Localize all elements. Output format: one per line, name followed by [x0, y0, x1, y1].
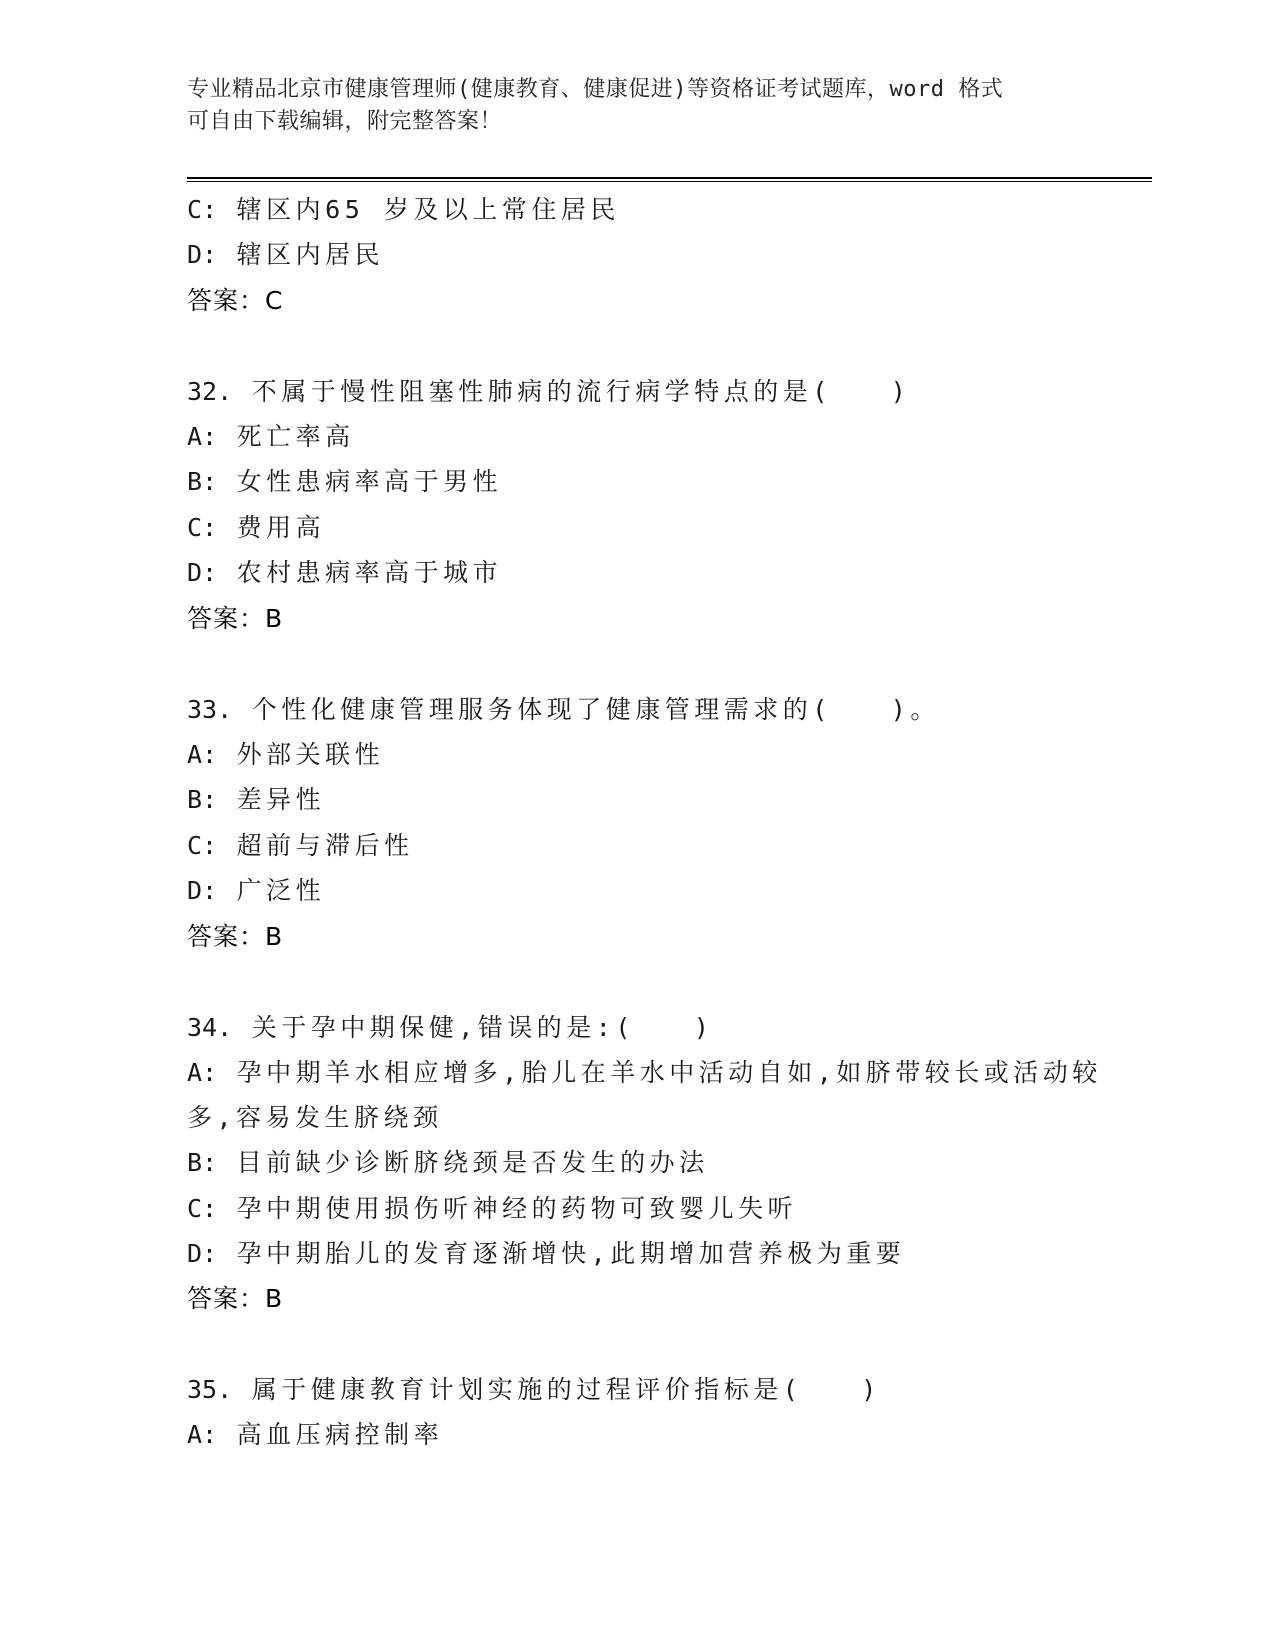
header-line-2: 可自由下载编辑，附完整答案！ — [187, 106, 1087, 138]
option-c: C: 超前与滞后性 — [187, 830, 414, 862]
option-b: B: 差异性 — [187, 784, 325, 816]
document-page: 专业精品北京市健康管理师(健康教育、健康促进)等资格证考试题库，word 格式 … — [0, 0, 1275, 1650]
answer: 答案：B — [187, 921, 283, 953]
question-stem: 34. 关于孕中期保健,错误的是:( ) — [187, 1012, 713, 1044]
question-stem: 32. 不属于慢性阻塞性肺病的流行病学特点的是( ) — [187, 376, 910, 408]
header-rule-thick — [187, 177, 1152, 179]
option-d: D: 辖区内居民 — [187, 239, 384, 271]
option-a: A: 死亡率高 — [187, 421, 355, 453]
option-d: D: 农村患病率高于城市 — [187, 557, 502, 589]
answer: 答案：B — [187, 1283, 283, 1315]
option-c: C: 孕中期使用损伤听神经的药物可致婴儿失听 — [187, 1193, 797, 1225]
option-text: 辖区内65 岁及以上常住居民 — [237, 195, 620, 224]
option-a: A: 高血压病控制率 — [187, 1419, 443, 1451]
answer: 答案：B — [187, 603, 283, 635]
option-c: C: 辖区内65 岁及以上常住居民 — [187, 194, 620, 226]
header-line-1: 专业精品北京市健康管理师(健康教育、健康促进)等资格证考试题库，word 格式 — [187, 74, 1087, 106]
question-stem: 35. 属于健康教育计划实施的过程评价指标是( ) — [187, 1374, 881, 1406]
option-a-continuation: 多,容易发生脐绕颈 — [187, 1102, 443, 1134]
option-d: D: 广泛性 — [187, 875, 325, 907]
header-rule-thin — [187, 181, 1152, 182]
answer: 答案：C — [187, 285, 283, 317]
option-text: 辖区内居民 — [237, 240, 385, 269]
option-c: C: 费用高 — [187, 512, 325, 544]
question-number: 34. — [187, 1013, 232, 1042]
question-stem: 33. 个性化健康管理服务体现了健康管理需求的( )。 — [187, 694, 940, 726]
option-b: B: 女性患病率高于男性 — [187, 466, 502, 498]
question-number: 32. — [187, 377, 232, 406]
option-a: A: 外部关联性 — [187, 739, 384, 771]
option-a: A: 孕中期羊水相应增多,胎儿在羊水中活动自如,如脐带较长或活动较 — [187, 1057, 1102, 1089]
option-b: B: 目前缺少诊断脐绕颈是否发生的办法 — [187, 1147, 709, 1179]
question-number: 35. — [187, 1375, 232, 1404]
page-header: 专业精品北京市健康管理师(健康教育、健康促进)等资格证考试题库，word 格式 … — [187, 74, 1087, 138]
question-number: 33. — [187, 695, 232, 724]
option-d: D: 孕中期胎儿的发育逐渐增快,此期增加营养极为重要 — [187, 1238, 905, 1270]
